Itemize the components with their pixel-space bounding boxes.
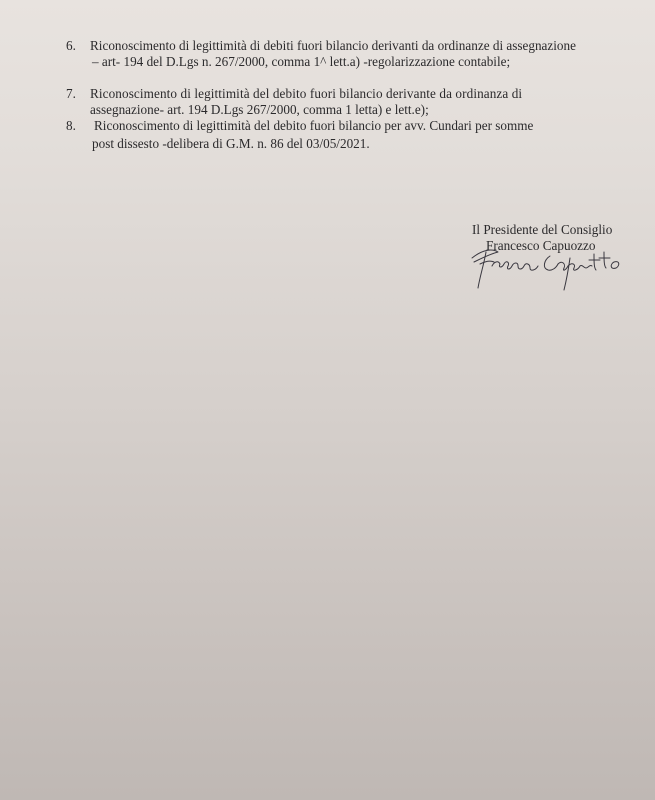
item-number: 8. xyxy=(66,118,86,134)
handwritten-signature-icon xyxy=(468,238,648,298)
item-number: 7. xyxy=(66,86,86,102)
item-line: Riconoscimento di legittimità del debito… xyxy=(94,118,533,134)
item-line: – art- 194 del D.Lgs n. 267/2000, comma … xyxy=(92,54,510,70)
item-number: 6. xyxy=(66,38,86,54)
document-page: 6. Riconoscimento di legittimità di debi… xyxy=(0,0,655,800)
item-line: assegnazione- art. 194 D.Lgs 267/2000, c… xyxy=(90,102,429,118)
signatory-role: Il Presidente del Consiglio xyxy=(472,222,612,238)
item-line: post dissesto -delibera di G.M. n. 86 de… xyxy=(92,136,370,152)
item-line: Riconoscimento di legittimità di debiti … xyxy=(90,38,576,54)
item-line: Riconoscimento di legittimità del debito… xyxy=(90,86,522,102)
